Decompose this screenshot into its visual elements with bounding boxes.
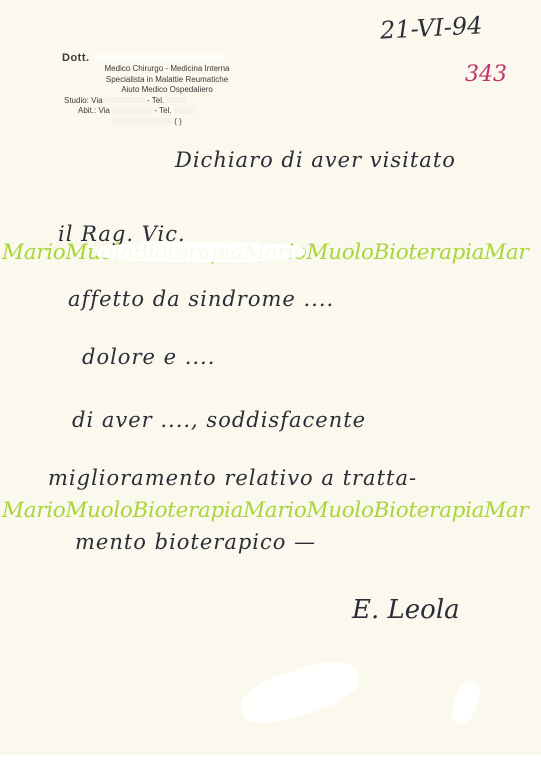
handwritten-line-6: miglioramento relativo a tratta-: [48, 466, 417, 490]
redaction-stamp: [236, 653, 364, 733]
doctor-title: Dott.: [62, 52, 262, 64]
letterhead-line-1: Medico Chirurgo - Medicina Interna: [62, 64, 262, 75]
handwritten-date: 21-VI-94: [379, 11, 483, 44]
signature: E. Leola: [352, 595, 460, 625]
letterhead-line-2: Specialista in Malattie Reumatiche: [62, 75, 262, 86]
page-bottom-edge: [0, 755, 541, 763]
redaction-mark: [448, 678, 484, 728]
redaction-patient-name: [95, 242, 305, 262]
letter-page: Dott. Medico Chirurgo - Medicina Interna…: [0, 0, 541, 763]
letterhead: Dott. Medico Chirurgo - Medicina Interna…: [62, 52, 262, 127]
handwritten-line-7: mento bioterapico —: [75, 530, 316, 554]
letterhead-line-3: Aiuto Medico Ospedaliero: [62, 85, 262, 96]
handwritten-line-5: di aver ...., soddisfacente: [72, 408, 366, 432]
handwritten-line-3: affetto da sindrome ....: [68, 287, 334, 311]
reference-number: 343: [465, 62, 507, 87]
watermark-2: MarioMuoloBioterapiaMarioMuoloBioterapia…: [2, 498, 528, 523]
home-address: Abit.: Via - Tel.: [62, 106, 262, 117]
studio-address: Studio: Via - Tel.: [62, 96, 262, 107]
handwritten-line-1: Dichiaro di aver visitato: [175, 148, 456, 172]
handwritten-line-4: dolore e ....: [82, 345, 215, 369]
city-line: ( ): [62, 117, 262, 128]
